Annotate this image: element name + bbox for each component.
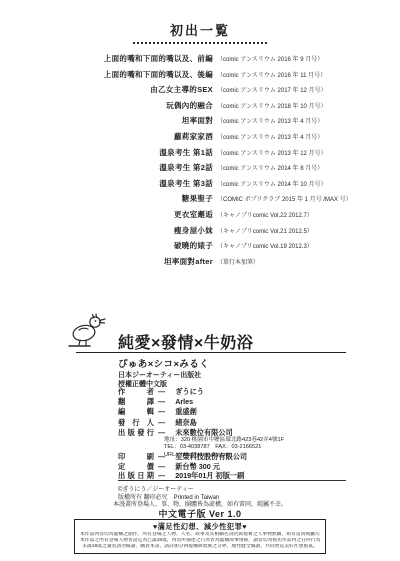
credit-dash: — <box>158 462 165 471</box>
publication-entry: 上面的嘴和下面的嘴以及、後編 （comic アンスリウム 2016 年 11 月… <box>0 69 400 85</box>
publication-entry: 玩偶內的融合 （comic アンスリウム 2018 年 10 月号） <box>0 100 400 116</box>
credit-row: 翻譯 — Arles <box>118 397 233 407</box>
publication-entry: 瘦身屋小妹 （キャノプリcomic Vol.21 2012.5） <box>0 225 400 241</box>
chapter-title: 上面的嘴和下面的嘴以及、後編 <box>28 69 213 80</box>
book-title: 純愛×發情×牛奶浴 <box>118 330 253 353</box>
credit-dash: — <box>158 387 165 396</box>
publication-entry: 更衣室邂逅 （キャノプリcomic Vol.22 2012.7） <box>0 209 400 225</box>
chapter-title: 溫泉考生 第2話 <box>28 162 213 173</box>
chapter-title: 溫泉考生 第1話 <box>28 147 213 158</box>
publication-entry: 坦率面對 （comic アンスリウム 2013 年 4 月号） <box>0 115 400 131</box>
adult-notice-lines: 本作品內容均為虛構之創作，所有登場之人物、人名、故事及其相關名詞皆與現實之人事物… <box>80 532 320 550</box>
credit-value: Arles <box>175 397 193 406</box>
first-publication-heading: 初出一覧 <box>0 20 400 39</box>
credit-label: 作者 <box>118 387 154 397</box>
chapter-title: 破曉的婊子 <box>28 240 213 251</box>
credit-label: 印刷 <box>118 452 154 462</box>
publisher-address-line: TEL：03-4038787 FAX：03-2166521 <box>164 444 284 451</box>
publication-entry: 蘿莉家家酒 （comic アンスリウム 2013 年 4 月号） <box>0 131 400 147</box>
chapter-title: 坦率面對 <box>28 115 213 126</box>
chapter-title: 瘦身屋小妹 <box>28 225 213 236</box>
chapter-source: （comic アンスリウム 2014 年 10 月号） <box>213 179 372 188</box>
credit-dash: — <box>158 471 165 480</box>
credits-list-2: 印刷 — 笙榮科技股份有限公司 定價 — 新台幣 300 元 出版日期 — 20… <box>118 452 247 481</box>
adult-notice-box: ♥滿足性幻想、減少性犯罪♥ 本作品內容均為虛構之創作，所有登場之人物、人名、故事… <box>74 519 326 554</box>
section-divider <box>118 480 346 481</box>
chapter-source: （キャノプリcomic Vol.21 2012.5） <box>213 226 372 235</box>
credit-value: 新台幣 300 元 <box>175 462 220 472</box>
credit-label: 翻譯 <box>118 397 154 407</box>
chapter-source: （comic アンスリウム 2013 年 4 月号） <box>213 116 372 125</box>
chapter-source: （comic アンスリウム 2016 年 9 月号） <box>213 54 372 63</box>
chapter-source: （comic アンスリウム 2016 年 11 月号） <box>213 70 372 79</box>
chapter-source: （COMIC ポプリクラブ 2015 年 1 月号 /MAX 号） <box>213 194 372 203</box>
chapter-title: 更衣室邂逅 <box>28 209 213 220</box>
publication-entry: 上面的嘴和下面的嘴以及、前編 （comic アンスリウム 2016 年 9 月号… <box>0 53 400 69</box>
credit-value: 緒奈島 <box>175 418 197 428</box>
credit-row: 印刷 — 笙榮科技股份有限公司 <box>118 452 247 462</box>
publication-entry: 糖果聖子 （COMIC ポプリクラブ 2015 年 1 月号 /MAX 号） <box>0 193 400 209</box>
title-underline <box>76 352 346 353</box>
chapter-source: （單行本加筆） <box>213 257 372 266</box>
publication-entry: 破曉的婊子 （キャノプリcomic Vol.19 2012.3） <box>0 240 400 256</box>
chapter-title: 糖果聖子 <box>28 193 213 204</box>
credit-dash: — <box>158 407 165 416</box>
dotted-divider <box>133 42 267 44</box>
publication-entry: 溫泉考生 第3話 （comic アンスリウム 2014 年 10 月号） <box>0 178 400 194</box>
publication-entry: 坦率面對after （單行本加筆） <box>0 256 400 272</box>
credits-list: 作者 — ぎうにう 翻譯 — Arles 編輯 — 重盛創 發行人 — 緒奈島 <box>118 387 233 438</box>
credit-label: 定價 <box>118 462 154 472</box>
credit-row: 作者 — ぎうにう <box>118 387 233 397</box>
credit-dash: — <box>158 452 165 461</box>
credit-row: 編輯 — 重盛創 <box>118 407 233 417</box>
credit-row: 定價 — 新台幣 300 元 <box>118 462 247 472</box>
credit-label: 編輯 <box>118 407 154 417</box>
chapter-source: （キャノプリcomic Vol.19 2012.3） <box>213 241 372 250</box>
chapter-title: 蘿莉家家酒 <box>28 131 213 142</box>
credit-label: 出版發行 <box>118 428 154 438</box>
chapter-source: （comic アンスリウム 2013 年 12 月号） <box>213 148 372 157</box>
credit-value: 重盛創 <box>175 407 197 417</box>
colophon-page: 初出一覧 上面的嘴和下面的嘴以及、前編 （comic アンスリウム 2016 年… <box>0 0 400 561</box>
publication-entry: 溫泉考生 第2話 （comic アンスリウム 2014 年 8 月号） <box>0 162 400 178</box>
chapter-title: 由乙女主導的SEX <box>28 84 213 95</box>
chapter-title: 溫泉考生 第3話 <box>28 178 213 189</box>
credit-label: 發行人 <box>118 418 154 428</box>
first-publication-section: 初出一覧 上面的嘴和下面的嘴以及、前編 （comic アンスリウム 2016 年… <box>0 20 400 271</box>
chapter-source: （comic アンスリウム 2018 年 10 月号） <box>213 101 372 110</box>
chapter-title: 坦率面對after <box>28 256 213 267</box>
credit-value: 笙榮科技股份有限公司 <box>175 452 247 462</box>
credit-dash: — <box>158 418 165 427</box>
adult-notice-line: 未滿18歲之讀者請勿閱讀、購買本書，請詳加分辨虛構與現實之分界，理性健全閱讀，共… <box>80 544 320 550</box>
adult-notice-heading: ♥滿足性幻想、減少性犯罪♥ <box>80 522 320 532</box>
book-subtitle-japanese: ぴゅあ×シコ×みるく <box>118 356 209 370</box>
duck-mascot-icon <box>66 308 110 352</box>
chapter-source: （comic アンスリウム 2013 年 4 月号） <box>213 132 372 141</box>
publication-entry: 溫泉考生 第1話 （comic アンスリウム 2013 年 12 月号） <box>0 147 400 163</box>
chapter-source: （comic アンスリウム 2014 年 8 月号） <box>213 163 372 172</box>
license-publisher-line1: 日本ジーオーティー出版社 <box>118 371 201 380</box>
chapter-source: （キャノプリcomic Vol.22 2012.7） <box>213 210 372 219</box>
publication-entry: 由乙女主導的SEX （comic アンスリウム 2017 年 12 月号） <box>0 84 400 100</box>
first-publication-list: 上面的嘴和下面的嘴以及、前編 （comic アンスリウム 2016 年 9 月号… <box>0 53 400 271</box>
credit-value: ぎうにう <box>175 387 204 397</box>
credit-row: 發行人 — 緒奈島 <box>118 418 233 428</box>
credit-dash: — <box>158 428 165 437</box>
publisher-address-line: 地址：320 桃園市中壢區環北路423巷42弄4號1F <box>164 437 284 444</box>
credit-dash: — <box>158 397 165 406</box>
chapter-source: （comic アンスリウム 2017 年 12 月号） <box>213 85 372 94</box>
chapter-title: 上面的嘴和下面的嘴以及、前編 <box>28 53 213 64</box>
chapter-title: 玩偶內的融合 <box>28 100 213 111</box>
